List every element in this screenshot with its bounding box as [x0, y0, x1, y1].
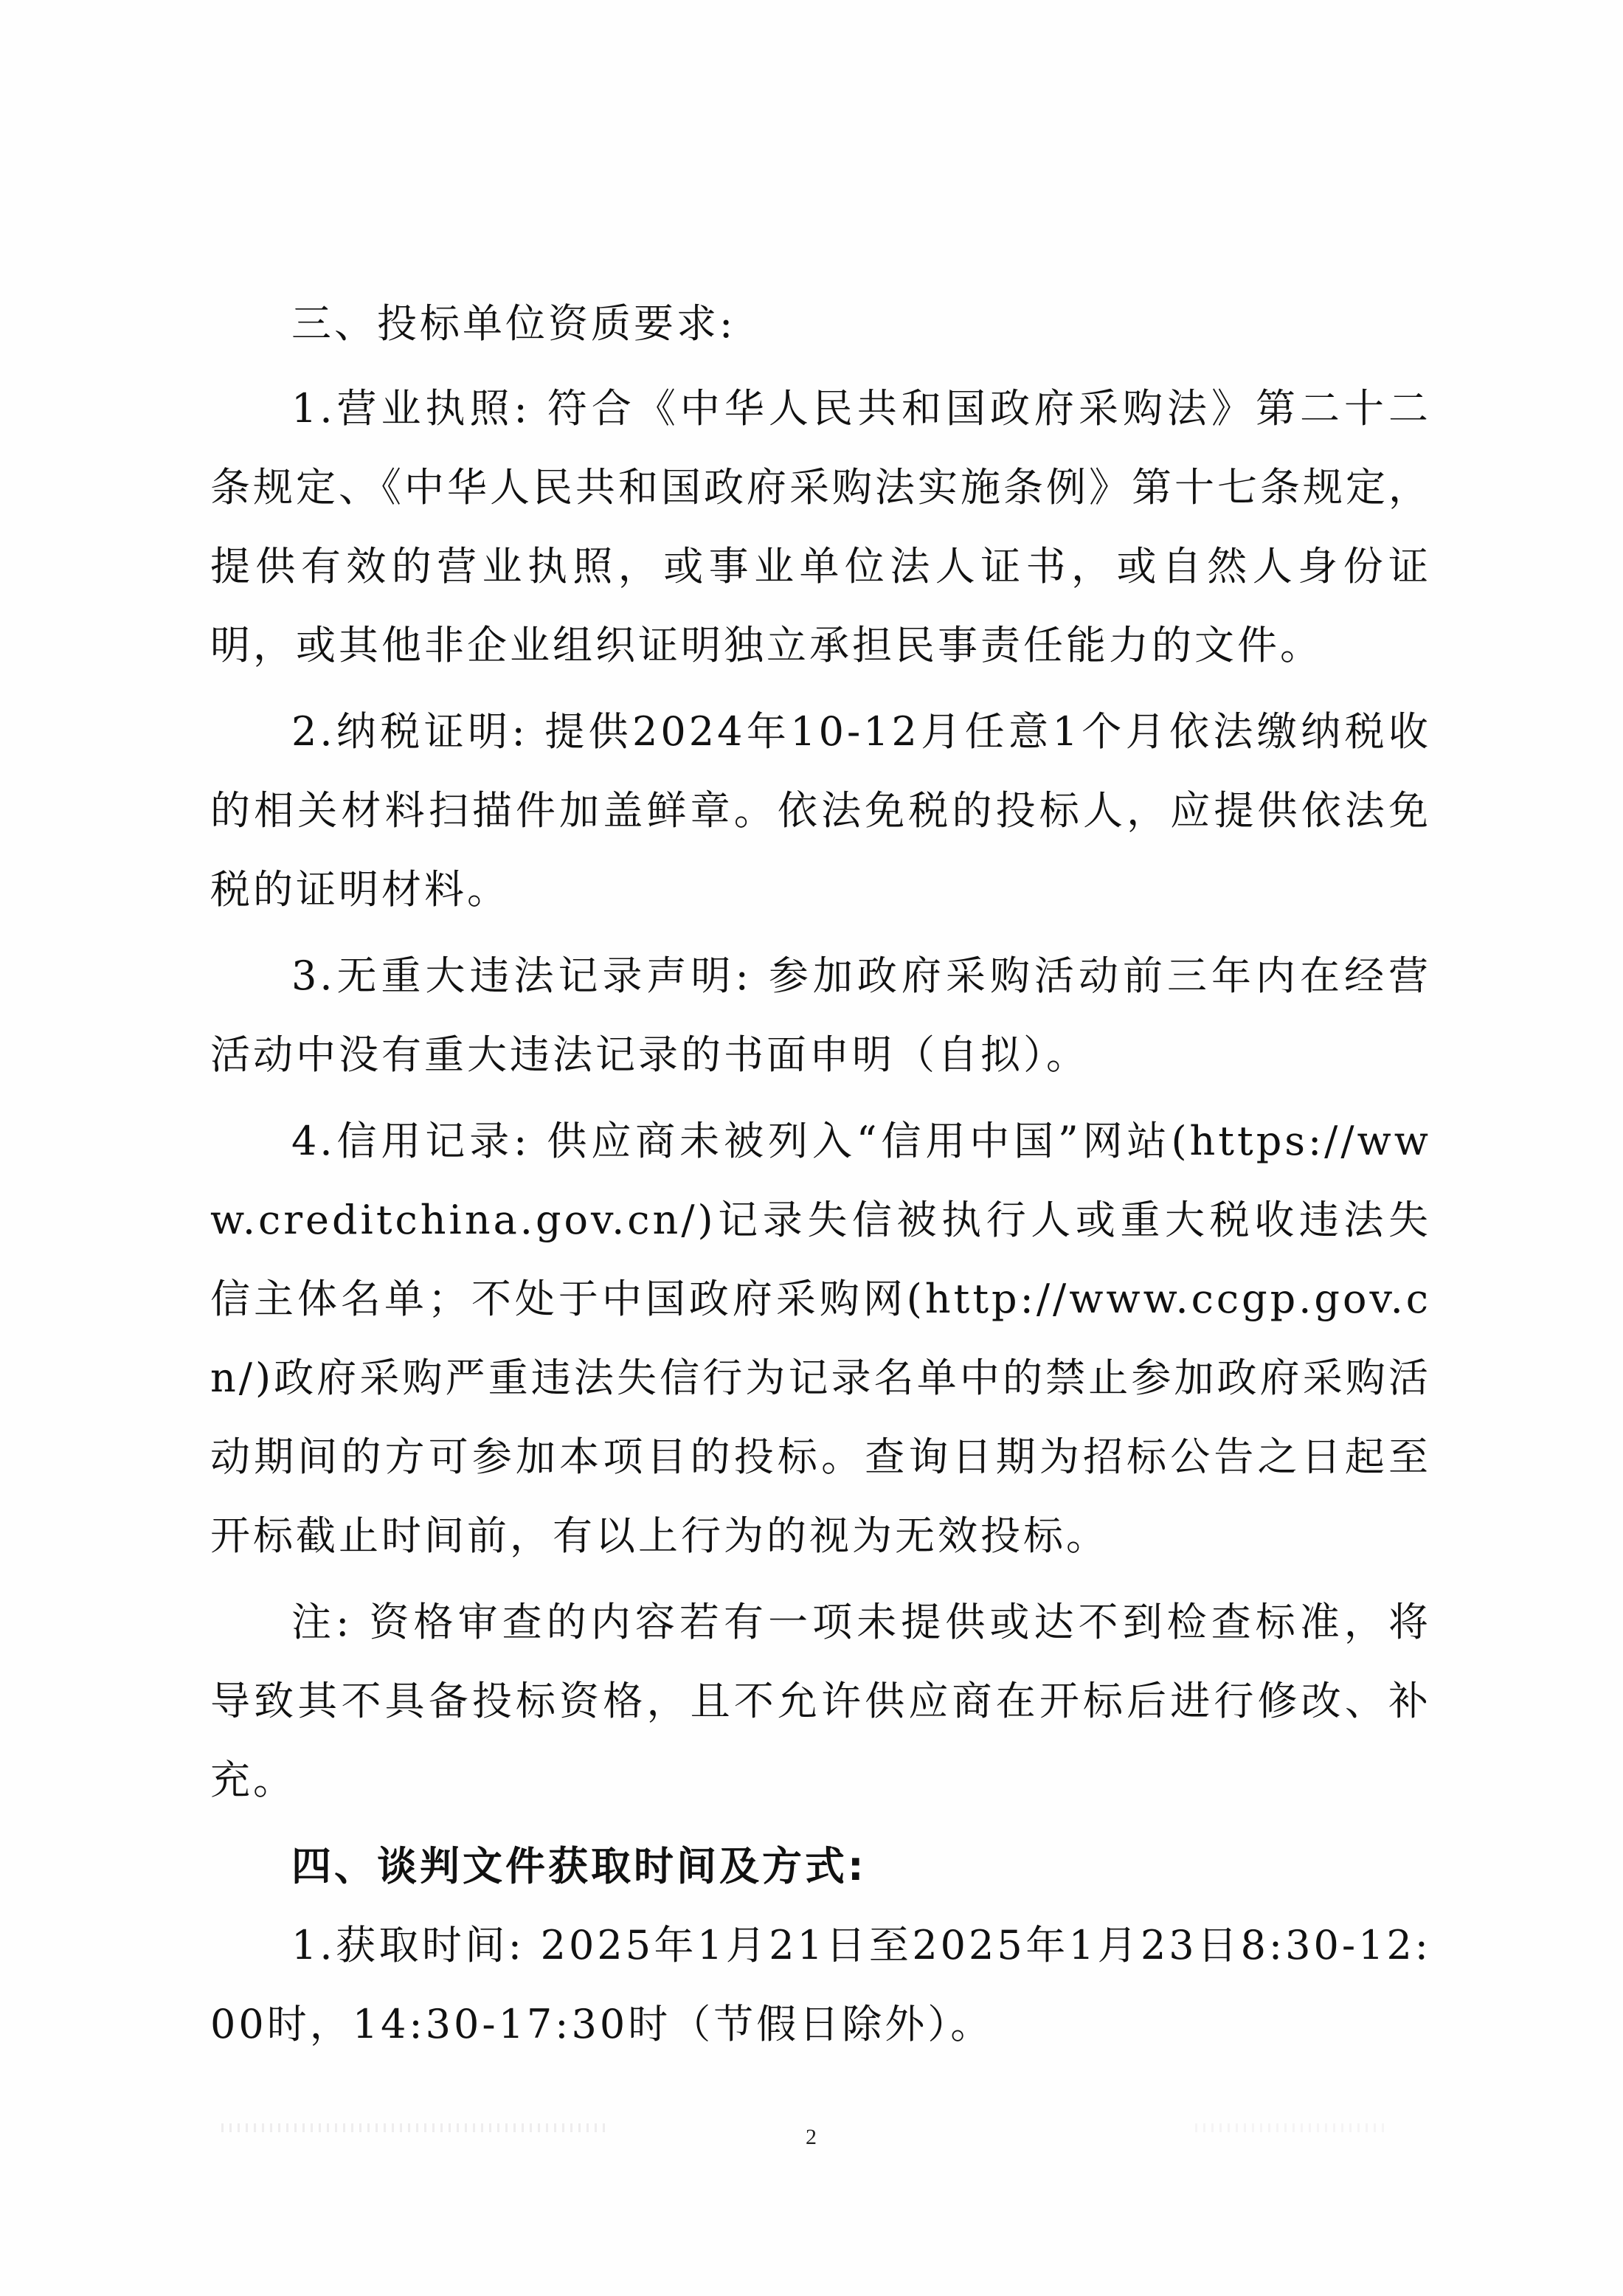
requirement-credit-record: 4.信用记录: 供应商未被列入“信用中国”网站(https://www.cred… — [210, 1102, 1431, 1575]
scan-artifact — [1195, 2123, 1387, 2132]
document-body: 三、投标单位资质要求: 1.营业执照: 符合《中华人民共和国政府采购法》第二十二… — [210, 284, 1431, 2064]
acquisition-time: 1.获取时间: 2025年1月21日至2025年1月23日8:30-12:00时… — [210, 1906, 1431, 2064]
section-heading-document-acquisition: 四、谈判文件获取时间及方式: — [210, 1827, 1431, 1906]
qualification-note: 注: 资格审查的内容若有一项未提供或达不到检查标准，将导致其不具备投标资格，且不… — [210, 1583, 1431, 1819]
section-heading-qualification-requirements: 三、投标单位资质要求: — [210, 284, 1431, 363]
document-page: 三、投标单位资质要求: 1.营业执照: 符合《中华人民共和国政府采购法》第二十二… — [0, 0, 1623, 2296]
page-number: 2 — [806, 2125, 817, 2150]
requirement-business-license: 1.营业执照: 符合《中华人民共和国政府采购法》第二十二条规定、《中华人民共和国… — [210, 369, 1431, 685]
requirement-no-violation-statement: 3.无重大违法记录声明: 参加政府采购活动前三年内在经营活动中没有重大违法记录的… — [210, 936, 1431, 1094]
scan-artifact — [221, 2123, 605, 2132]
requirement-tax-certificate: 2.纳税证明: 提供2024年10-12月任意1个月依法缴纳税收的相关材料扫描件… — [210, 692, 1431, 929]
